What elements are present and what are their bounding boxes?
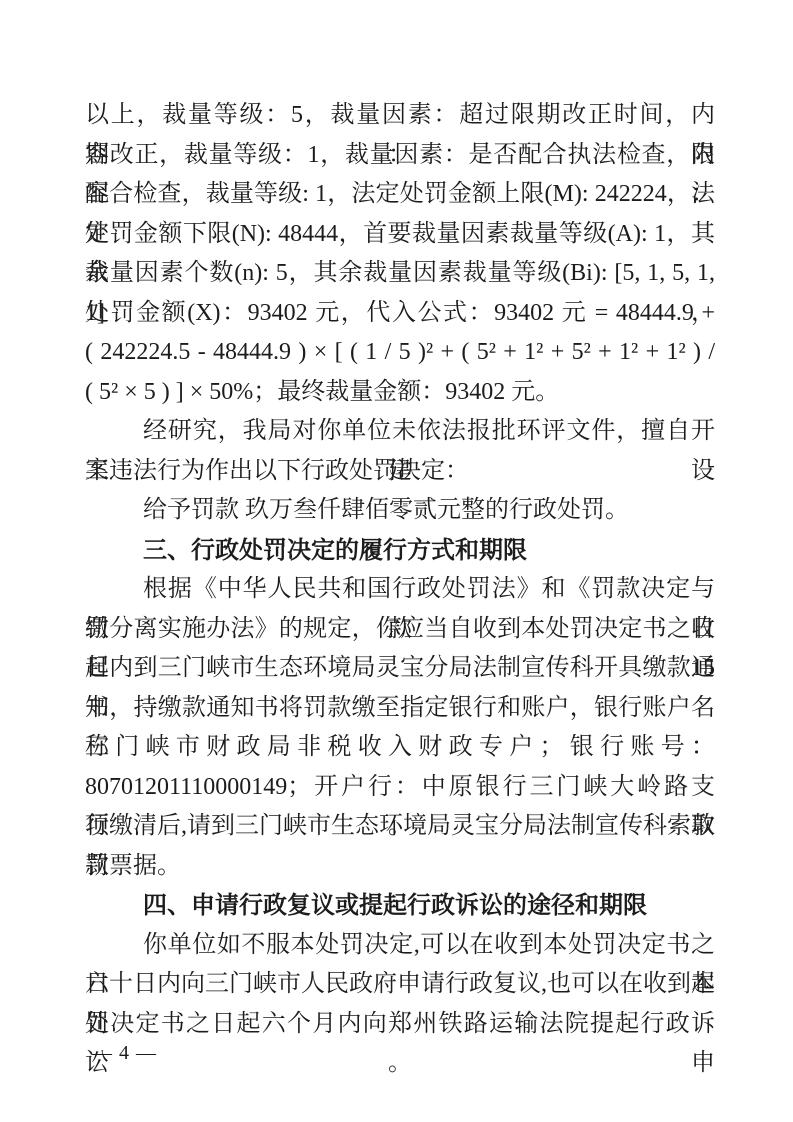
text-line: 款票据。 (85, 847, 715, 887)
text-line: 经研究，我局对你单位未依法报批环评文件，擅自开工建设 (85, 412, 715, 452)
text-line-bank-number: 80701201110000149；开户行：中原银行三门峡大岭路支行。款 (85, 768, 715, 808)
text-line: 处罚金额下限(N): 48444，首要裁量因素裁量等级(A): 1，其余 (85, 215, 715, 255)
text-line: 缴分离实施办法》的规定，你应当自收到本处罚决定书之日起 15 (85, 610, 715, 650)
text-line: 配合检查，裁量等级: 1，法定处罚金额上限(M): 242224，法定 (85, 175, 715, 215)
text-line: 日内到三门峡市生态环境局灵宝分局法制宣传科开具缴款通知 (85, 649, 715, 689)
text-line-formula: ( 5² × 5 ) ] × 50%；最终裁量金额：93402 元。 (85, 373, 715, 413)
text-line: 期改正，裁量等级：1，裁量因素：是否配合执法检查，内容： (85, 136, 715, 176)
document-body: 以上，裁量等级：5，裁量因素：超过限期改正时间，内容：限 期改正，裁量等级：1，… (85, 96, 715, 1044)
section-heading-3: 三、行政处罚决定的履行方式和期限 (85, 531, 715, 571)
text-line: 以上，裁量等级：5，裁量因素：超过限期改正时间，内容：限 (85, 96, 715, 136)
text-line: 六十日内向三门峡市人民政府申请行政复议,也可以在收到本处 (85, 965, 715, 1005)
text-line-formula: 处罚金额(X)：93402 元，代入公式：93402 元 = 48444.9 + (85, 294, 715, 334)
text-line: 你单位如不服本处罚决定,可以在收到本处罚决定书之日起 (85, 926, 715, 966)
text-line: 书，持缴款通知书将罚款缴至指定银行和账户，银行账户名称： (85, 689, 715, 729)
text-line-penalty: 给予罚款 玖万叁仟肆佰零贰元整的行政处罚。 (85, 491, 715, 531)
text-line-formula: ( 242224.5 - 48444.9 ) × [ ( 1 / 5 )² + … (85, 333, 715, 373)
text-line: 根据《中华人民共和国行政处罚法》和《罚款决定与罚款收 (85, 570, 715, 610)
section-heading-4: 四、申请行政复议或提起行政诉讼的途径和期限 (85, 886, 715, 926)
page-number: — 4 — (92, 1040, 157, 1066)
document-page: 以上，裁量等级：5，裁量因素：超过限期改正时间，内容：限 期改正，裁量等级：1，… (0, 0, 793, 1122)
text-line: 裁量因素个数(n): 5，其余裁量因素裁量等级(Bi): [5, 1, 5, 1… (85, 254, 715, 294)
text-line: 罚决定书之日起六个月内向郑州铁路运输法院提起行政诉讼。申 (85, 1005, 715, 1045)
text-line-bank-account: 三门峡市财政局非税收入财政专户；银行账号： (85, 728, 715, 768)
text-line: 项缴清后,请到三门峡市生态环境局灵宝分局法制宣传科索取罚 (85, 807, 715, 847)
